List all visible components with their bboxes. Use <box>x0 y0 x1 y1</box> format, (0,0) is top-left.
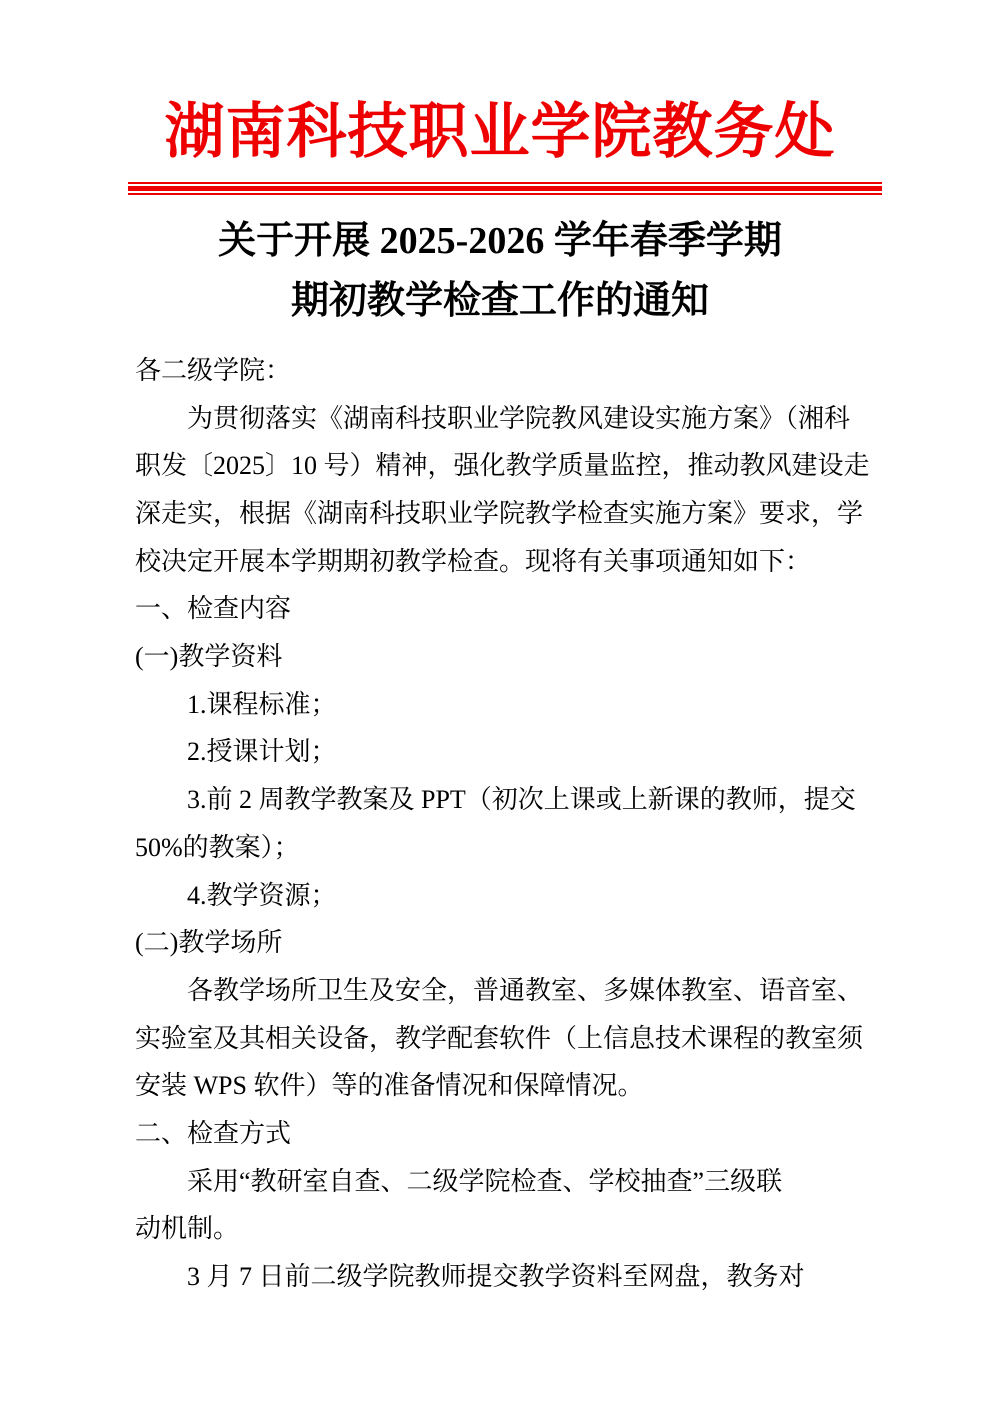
body-line: (一)教学资料 <box>135 633 900 681</box>
document-page: 湖南科技职业学院教务处 关于开展 2025-2026 学年春季学期 期初教学检查… <box>0 0 1000 1415</box>
body-line: 各二级学院： <box>135 347 900 395</box>
body-line: 4.教学资源； <box>135 872 900 920</box>
body-line: 一、检查内容 <box>135 585 900 633</box>
body-line: 深走实，根据《湖南科技职业学院教学检查实施方案》要求，学 <box>135 490 900 538</box>
doc-title-line-1: 关于开展 2025-2026 学年春季学期 <box>0 211 1000 271</box>
body-line: 50%的教案）； <box>135 824 900 872</box>
body-line: 各教学场所卫生及安全，普通教室、多媒体教室、语音室、 <box>135 967 900 1015</box>
doc-title: 关于开展 2025-2026 学年春季学期 期初教学检查工作的通知 <box>0 211 1000 331</box>
doc-body: 各二级学院： 为贯彻落实《湖南科技职业学院教风建设实施方案》（湘科 职发〔202… <box>135 347 900 1301</box>
body-line: 1.课程标准； <box>135 681 900 729</box>
body-line: 实验室及其相关设备，教学配套软件（上信息技术课程的教室须 <box>135 1015 900 1063</box>
body-line: 职发〔2025〕10 号）精神，强化教学质量监控，推动教风建设走 <box>135 442 900 490</box>
body-line: 校决定开展本学期期初教学检查。现将有关事项通知如下： <box>135 538 900 586</box>
body-line: 3 月 7 日前二级学院教师提交教学资料至网盘，教务对 <box>135 1253 900 1301</box>
body-line: 安装 WPS 软件）等的准备情况和保障情况。 <box>135 1062 900 1110</box>
body-line: 动机制。 <box>135 1205 900 1253</box>
doc-title-line-2: 期初教学检查工作的通知 <box>0 271 1000 331</box>
body-line: 3.前 2 周教学教案及 PPT（初次上课或上新课的教师，提交 <box>135 776 900 824</box>
body-line: 二、检查方式 <box>135 1110 900 1158</box>
body-line: 2.授课计划； <box>135 728 900 776</box>
body-line: (二)教学场所 <box>135 919 900 967</box>
body-line: 为贯彻落实《湖南科技职业学院教风建设实施方案》（湘科 <box>135 395 900 443</box>
body-line: 采用“教研室自查、二级学院检查、学校抽查”三级联 <box>135 1158 900 1206</box>
letterhead-rule <box>128 182 882 195</box>
letterhead-title: 湖南科技职业学院教务处 <box>60 100 940 165</box>
